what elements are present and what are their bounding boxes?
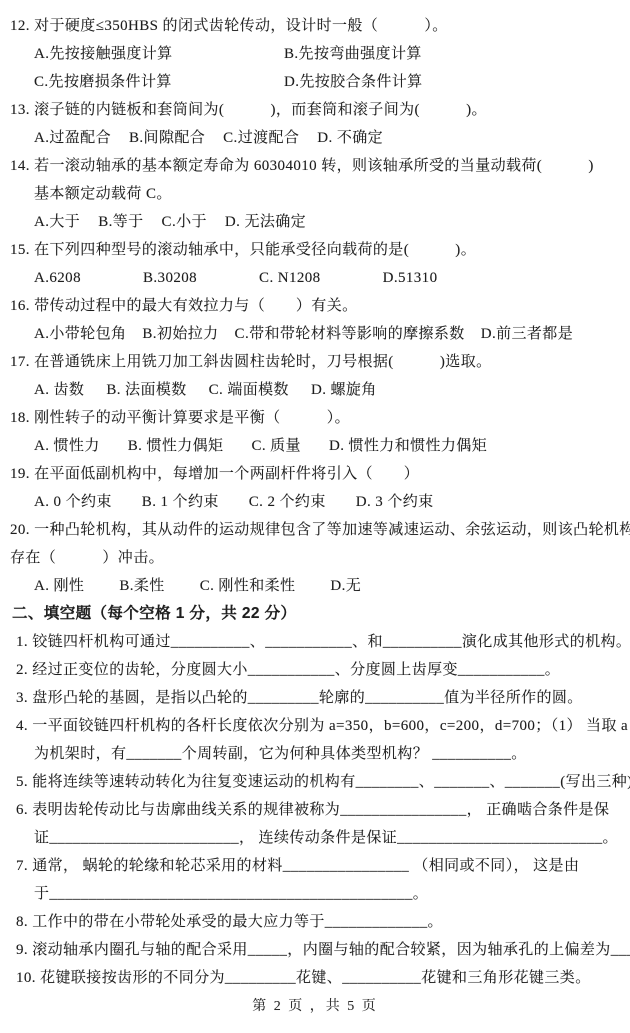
question-continuation-line: 于_______________________________________… <box>10 880 622 908</box>
option-item: B. 惯性力偶矩 <box>128 432 224 460</box>
option-item: A.6208 <box>34 264 81 292</box>
options-row: A.小带轮包角B.初始拉力C.带和带轮材料等影响的摩擦系数D.前三者都是 <box>10 320 622 348</box>
option-item: C. 质量 <box>251 432 301 460</box>
option-item: A. 齿数 <box>34 376 84 404</box>
question-line: 19. 在平面低副机构中，每增加一个两副杆件将引入（ ） <box>10 460 622 488</box>
option-item: D.前三者都是 <box>481 320 573 348</box>
option-item: C. N1208 <box>259 264 321 292</box>
option-item: C. 端面模数 <box>209 376 289 404</box>
option-item: B.先按弯曲强度计算 <box>284 40 422 68</box>
fill-blank-question-line: 6. 表明齿轮传动比与齿廓曲线关系的规律被称为________________，… <box>10 796 622 824</box>
option-item: A. 惯性力 <box>34 432 100 460</box>
fill-blank-question-line: 9. 滚动轴承内圈孔与轴的配合采用_____，内圈与轴的配合较紧，因为轴承孔的上… <box>10 936 622 964</box>
fill-blank-question-line: 2. 经过正变位的齿轮，分度圆大小___________、分度圆上齿厚变____… <box>10 656 622 684</box>
option-item: D.无 <box>330 572 361 600</box>
option-item: A.过盈配合 <box>34 124 111 152</box>
option-item: B.等于 <box>98 208 143 236</box>
options-row: A. 齿数B. 法面模数C. 端面模数D. 螺旋角 <box>10 376 622 404</box>
option-item: B. 1 个约束 <box>142 488 219 516</box>
option-item: B.初始拉力 <box>142 320 218 348</box>
options-row: A. 惯性力B. 惯性力偶矩C. 质量D. 惯性力和惯性力偶矩 <box>10 432 622 460</box>
option-item: D. 3 个约束 <box>356 488 434 516</box>
option-item: B.30208 <box>143 264 197 292</box>
option-item: C.带和带轮材料等影响的摩擦系数 <box>235 320 465 348</box>
options-row: A.6208B.30208C. N1208D.51310 <box>10 264 622 292</box>
fill-blank-question-line: 5. 能将连续等速转动转化为往复变速运动的机构有________、_______… <box>10 768 622 796</box>
question-line: 17. 在普通铣床上用铣刀加工斜齿圆柱齿轮时，刀号根据( )选取。 <box>10 348 622 376</box>
question-continuation-line: 存在（ ）冲击。 <box>10 544 622 572</box>
options-row: A. 刚性B.柔性C. 刚性和柔性D.无 <box>10 572 622 600</box>
fill-blank-question-line: 4. 一平面铰链四杆机构的各杆长度依次分别为 a=350，b=600，c=200… <box>10 712 622 740</box>
question-line: 13. 滚子链的内链板和套筒间为( )，而套筒和滚子间为( )。 <box>10 96 622 124</box>
question-line: 14. 若一滚动轴承的基本额定寿命为 60304010 转，则该轴承所受的当量动… <box>10 152 622 180</box>
fill-blank-question-line: 8. 工作中的带在小带轮处承受的最大应力等于_____________。 <box>10 908 622 936</box>
option-item: D. 不确定 <box>317 124 383 152</box>
question-continuation-line: 证________________________， 连续传动条件是保证____… <box>10 824 622 852</box>
option-item: D. 螺旋角 <box>311 376 377 404</box>
options-row: A.先按接触强度计算B.先按弯曲强度计算 <box>10 40 622 68</box>
fill-blank-question-line: 3. 盘形凸轮的基圆，是指以凸轮的_________轮廓的__________值… <box>10 684 622 712</box>
option-item: A.先按接触强度计算 <box>34 40 284 68</box>
question-line: 18. 刚性转子的动平衡计算要求是平衡（ ）。 <box>10 404 622 432</box>
section-header: 二、填空题（每个空格 1 分，共 22 分） <box>10 600 622 628</box>
fill-blank-question-line: 1. 铰链四杆机构可通过__________、___________、和____… <box>10 628 622 656</box>
option-item: B.柔性 <box>119 572 164 600</box>
option-item: D. 无法确定 <box>225 208 306 236</box>
option-item: C.小于 <box>162 208 207 236</box>
question-line: 15. 在下列四种型号的滚动轴承中，只能承受径向载荷的是( )。 <box>10 236 622 264</box>
options-row: C.先按磨损条件计算D.先按胶合条件计算 <box>10 68 622 96</box>
option-item: A.大于 <box>34 208 80 236</box>
option-item: A. 刚性 <box>34 572 84 600</box>
options-row: A. 0 个约束B. 1 个约束C. 2 个约束D. 3 个约束 <box>10 488 622 516</box>
option-item: B. 法面模数 <box>106 376 186 404</box>
page-footer: 第 2 页 ，共 5 页 <box>0 995 630 1015</box>
document-page: 12. 对于硬度≤350HBS 的闭式齿轮传动，设计时一般（ ）。A.先按接触强… <box>0 0 630 1033</box>
option-item: C. 2 个约束 <box>249 488 326 516</box>
question-line: 12. 对于硬度≤350HBS 的闭式齿轮传动，设计时一般（ ）。 <box>10 12 622 40</box>
document-body: 12. 对于硬度≤350HBS 的闭式齿轮传动，设计时一般（ ）。A.先按接触强… <box>10 12 622 992</box>
option-item: D.先按胶合条件计算 <box>284 68 423 96</box>
question-line: 20. 一种凸轮机构，其从动件的运动规律包含了等加速等减速运动、余弦运动，则该凸… <box>10 516 622 544</box>
fill-blank-question-line: 7. 通常， 蜗轮的轮缘和轮芯采用的材料________________ （相同… <box>10 852 622 880</box>
option-item: B.间隙配合 <box>129 124 205 152</box>
options-row: A.大于B.等于C.小于D. 无法确定 <box>10 208 622 236</box>
option-item: A. 0 个约束 <box>34 488 112 516</box>
fill-blank-question-line: 10. 花键联接按齿形的不同分为_________花键、__________花键… <box>10 964 622 992</box>
question-continuation-line: 为机架时，有_______个周转副，它为何种具体类型机构？ __________… <box>10 740 622 768</box>
option-item: A.小带轮包角 <box>34 320 126 348</box>
option-item: D. 惯性力和惯性力偶矩 <box>329 432 487 460</box>
question-line: 16. 带传动过程中的最大有效拉力与（ ）有关。 <box>10 292 622 320</box>
options-row: A.过盈配合B.间隙配合C.过渡配合D. 不确定 <box>10 124 622 152</box>
question-continuation-line: 基本额定动载荷 C。 <box>10 180 622 208</box>
option-item: D.51310 <box>383 264 438 292</box>
option-item: C.先按磨损条件计算 <box>34 68 284 96</box>
option-item: C.过渡配合 <box>223 124 299 152</box>
option-item: C. 刚性和柔性 <box>200 572 296 600</box>
